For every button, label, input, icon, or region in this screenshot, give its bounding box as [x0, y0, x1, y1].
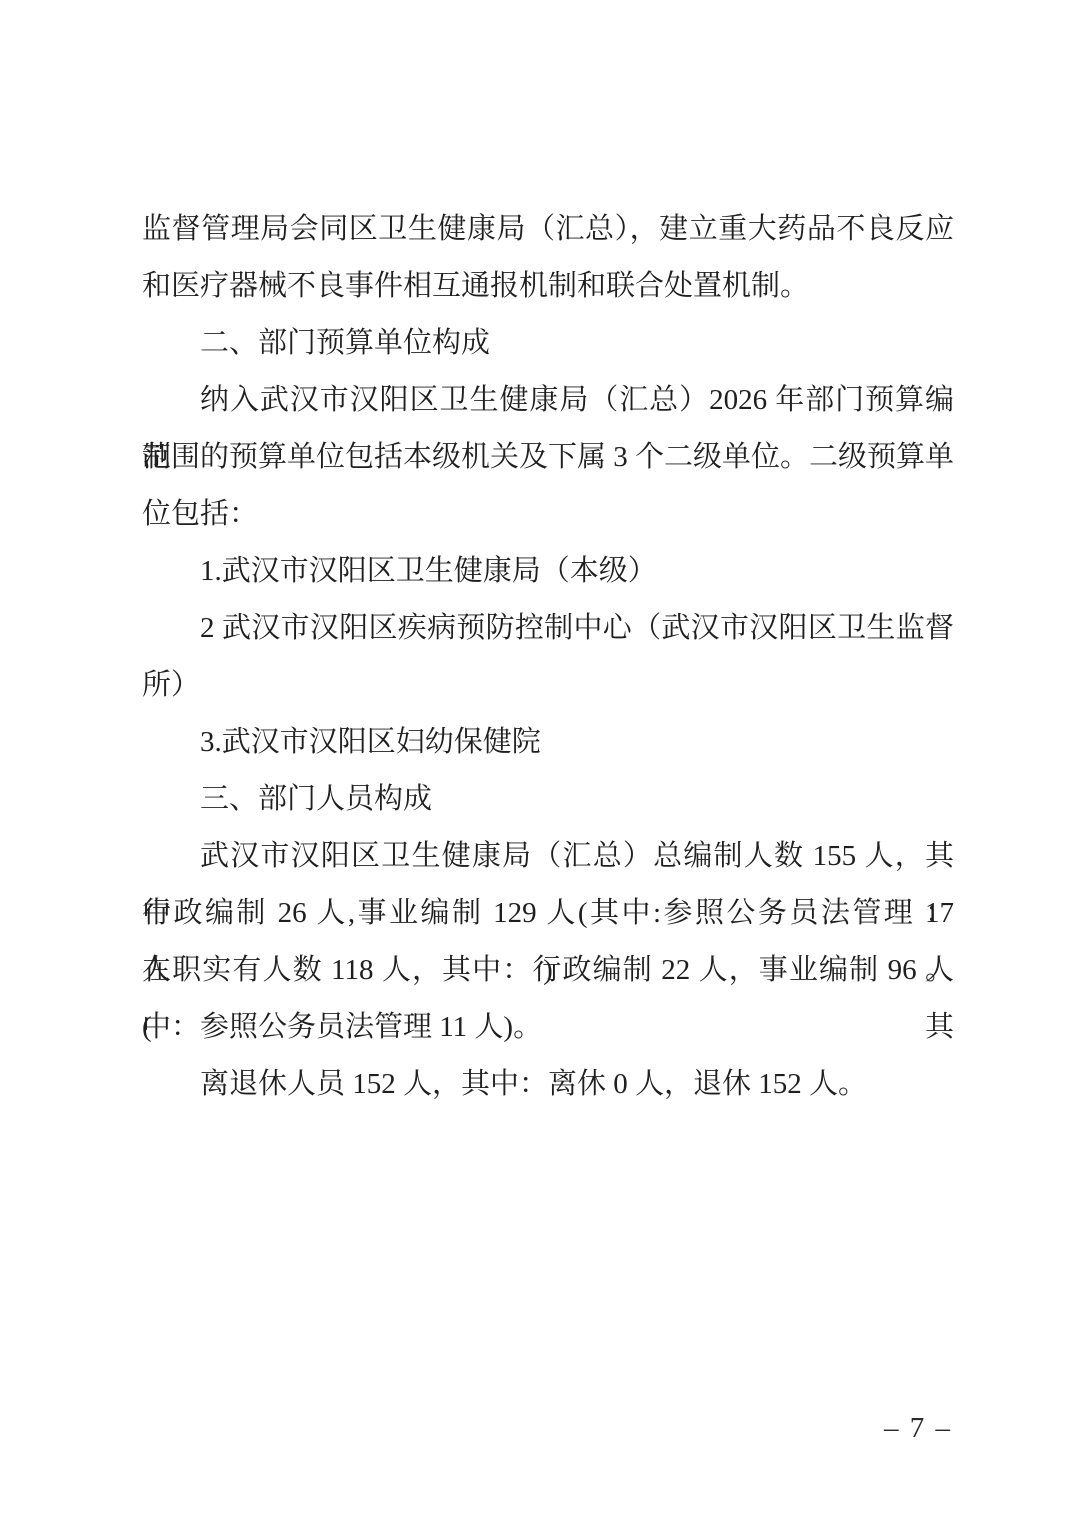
text-line: 监督管理局会同区卫生健康局（汇总），建立重大药品不良反应 [142, 201, 954, 258]
section-heading: 二、部门预算单位构成 [142, 315, 954, 372]
text-line: 武汉市汉阳区卫生健康局（汇总）总编制人数 155 人，其中： [142, 828, 954, 885]
list-item: 3.武汉市汉阳区妇幼保健院 [142, 714, 954, 771]
document-body: 监督管理局会同区卫生健康局（汇总），建立重大药品不良反应 和医疗器械不良事件相互… [142, 0, 954, 1113]
list-item: 2 武汉市汉阳区疾病预防控制中心（武汉市汉阳区卫生监督 [142, 600, 954, 657]
text-line: 行政编制 26 人,事业编制 129 人(其中:参照公务员法管理 17 人)。 [142, 885, 954, 942]
list-item: 所） [142, 657, 954, 714]
list-item: 1.武汉市汉阳区卫生健康局（本级） [142, 543, 954, 600]
text-line: 离退休人员 152 人，其中：离休 0 人，退休 152 人。 [142, 1056, 954, 1113]
text-line: 和医疗器械不良事件相互通报机制和联合处置机制。 [142, 258, 954, 315]
document-page: 监督管理局会同区卫生健康局（汇总），建立重大药品不良反应 和医疗器械不良事件相互… [0, 0, 1074, 1520]
section-heading: 三、部门人员构成 [142, 771, 954, 828]
text-line: 位包括： [142, 486, 954, 543]
text-line: 在职实有人数 118 人，其中：行政编制 22 人，事业编制 96 人(其 [142, 942, 954, 999]
text-line: 范围的预算单位包括本级机关及下属 3 个二级单位。二级预算单 [142, 429, 954, 486]
text-line: 纳入武汉市汉阳区卫生健康局（汇总）2026 年部门预算编制 [142, 372, 954, 429]
page-number: – 7 – [884, 1412, 952, 1444]
